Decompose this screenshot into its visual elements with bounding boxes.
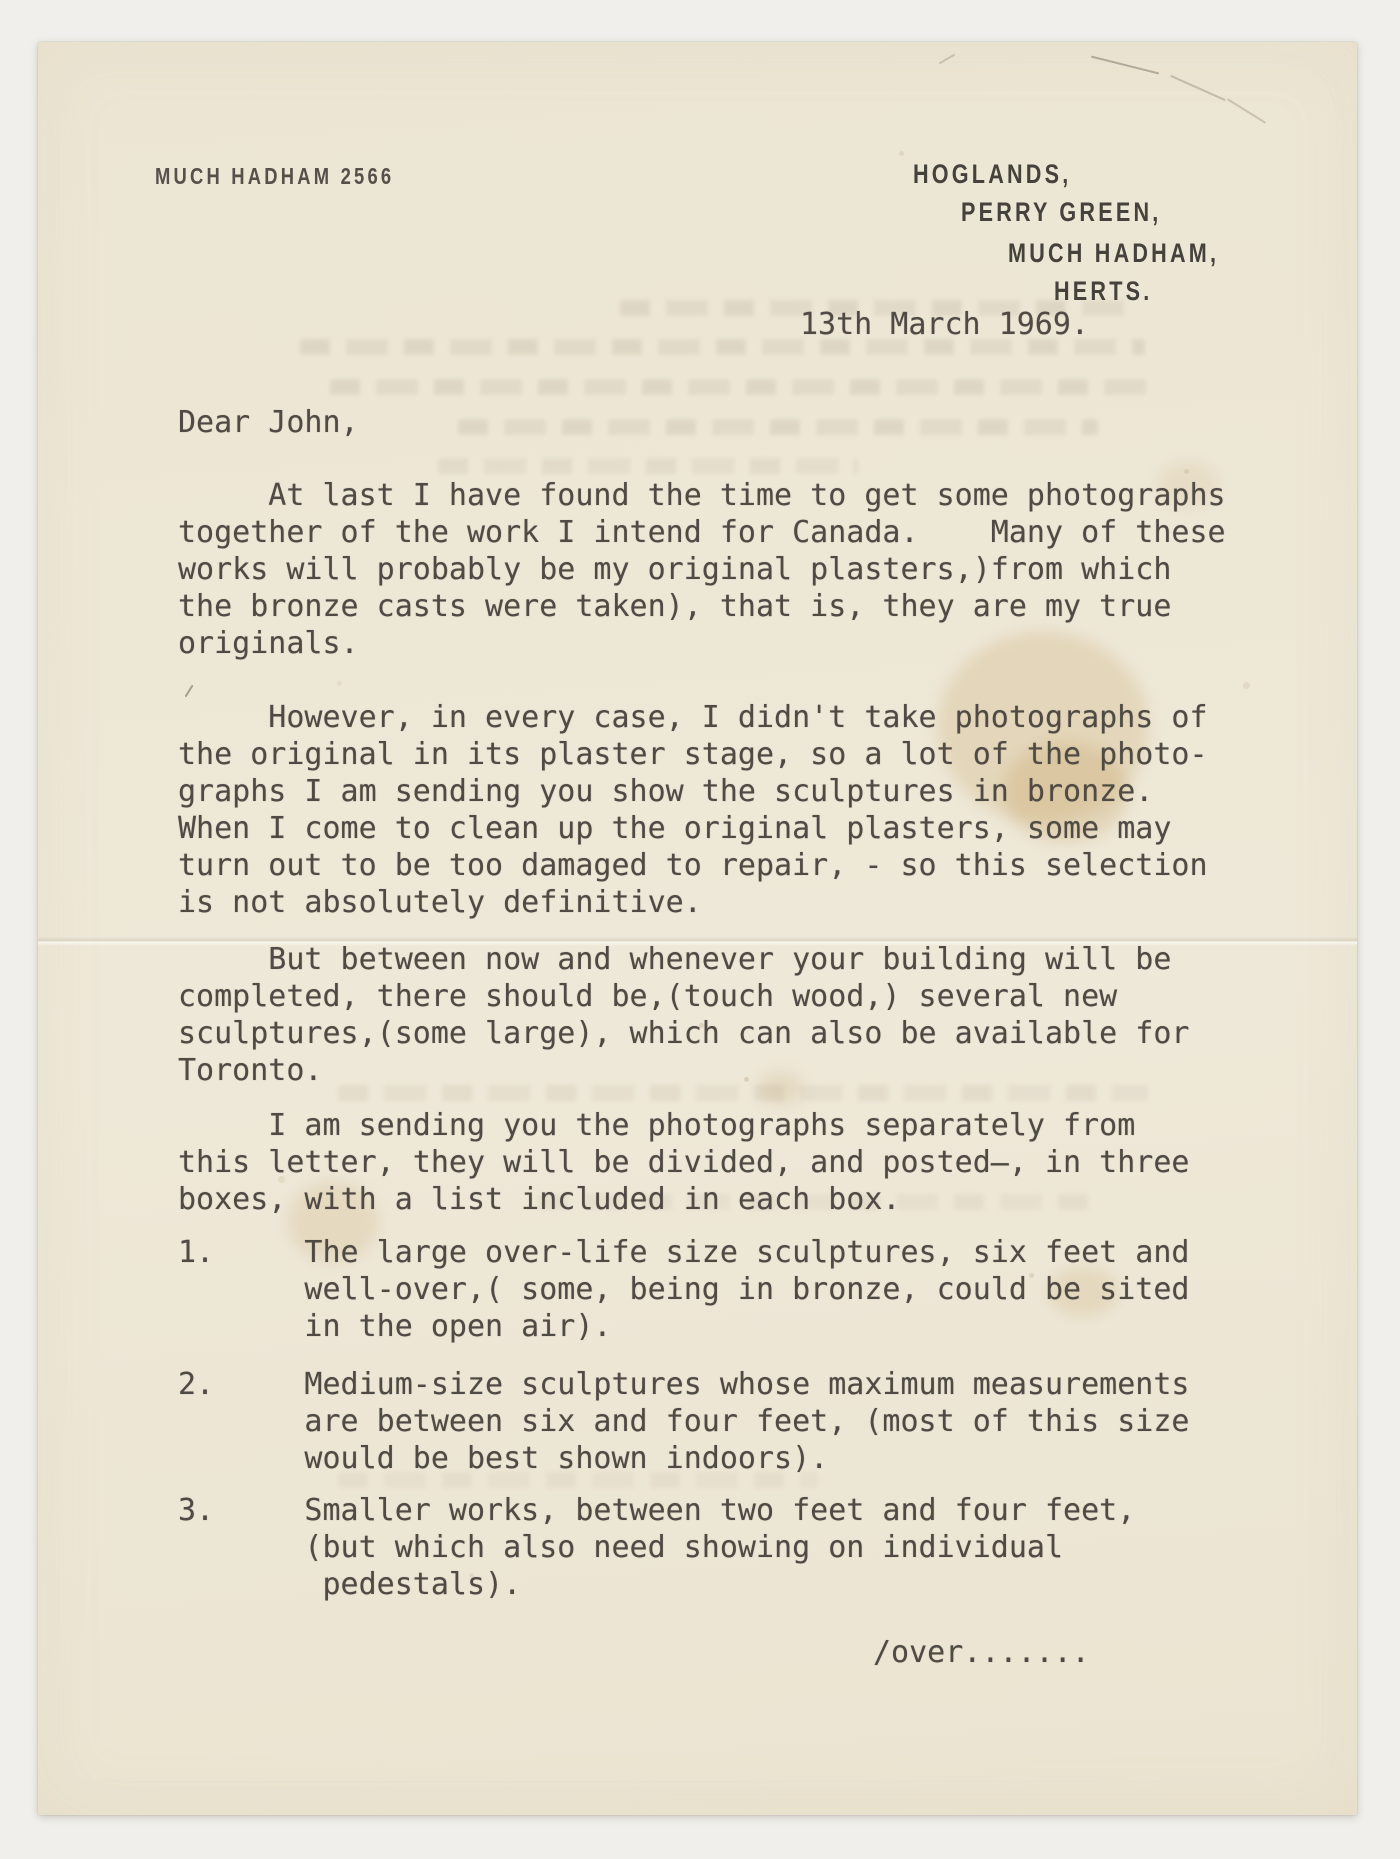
bleed-through-text [438, 458, 858, 474]
letter-salutation: Dear John, [178, 404, 359, 441]
scratch-mark [1091, 56, 1159, 75]
letter-paragraph: I am sending you the photographs separat… [178, 1107, 1189, 1218]
foxing-specks [38, 42, 41, 45]
letter-list-item: 1. The large over-life size sculptures, … [178, 1234, 1189, 1345]
scratch-mark [939, 54, 956, 65]
letterhead-phone: MUCH HADHAM 2566 [155, 163, 394, 190]
over-note: /over....... [873, 1634, 1090, 1671]
scratch-mark [1227, 98, 1266, 124]
pen-tick-mark [184, 685, 193, 698]
letter-page: MUCH HADHAM 2566 HOGLANDS, PERRY GREEN, … [38, 42, 1357, 1815]
letter-list-item: 3. Smaller works, between two feet and f… [178, 1492, 1135, 1603]
scratch-mark [1170, 75, 1226, 101]
scan-backdrop: MUCH HADHAM 2566 HOGLANDS, PERRY GREEN, … [0, 0, 1400, 1859]
letter-list-item: 2. Medium-size sculptures whose maximum … [178, 1366, 1189, 1477]
letter-paragraph: However, in every case, I didn't take ph… [178, 699, 1208, 921]
bleed-through-text [330, 379, 1150, 395]
letter-paragraph: But between now and whenever your buildi… [178, 941, 1189, 1089]
letter-paragraph: At last I have found the time to get som… [178, 477, 1226, 662]
letterhead-address-line: HOGLANDS, [913, 159, 1071, 190]
bleed-through-text [458, 419, 1098, 435]
letter-date: 13th March 1969. [800, 306, 1089, 343]
letterhead-address-line: HERTS. [1054, 276, 1152, 307]
letterhead-address-line: MUCH HADHAM, [1008, 238, 1219, 269]
letterhead-address-line: PERRY GREEN, [961, 197, 1161, 228]
